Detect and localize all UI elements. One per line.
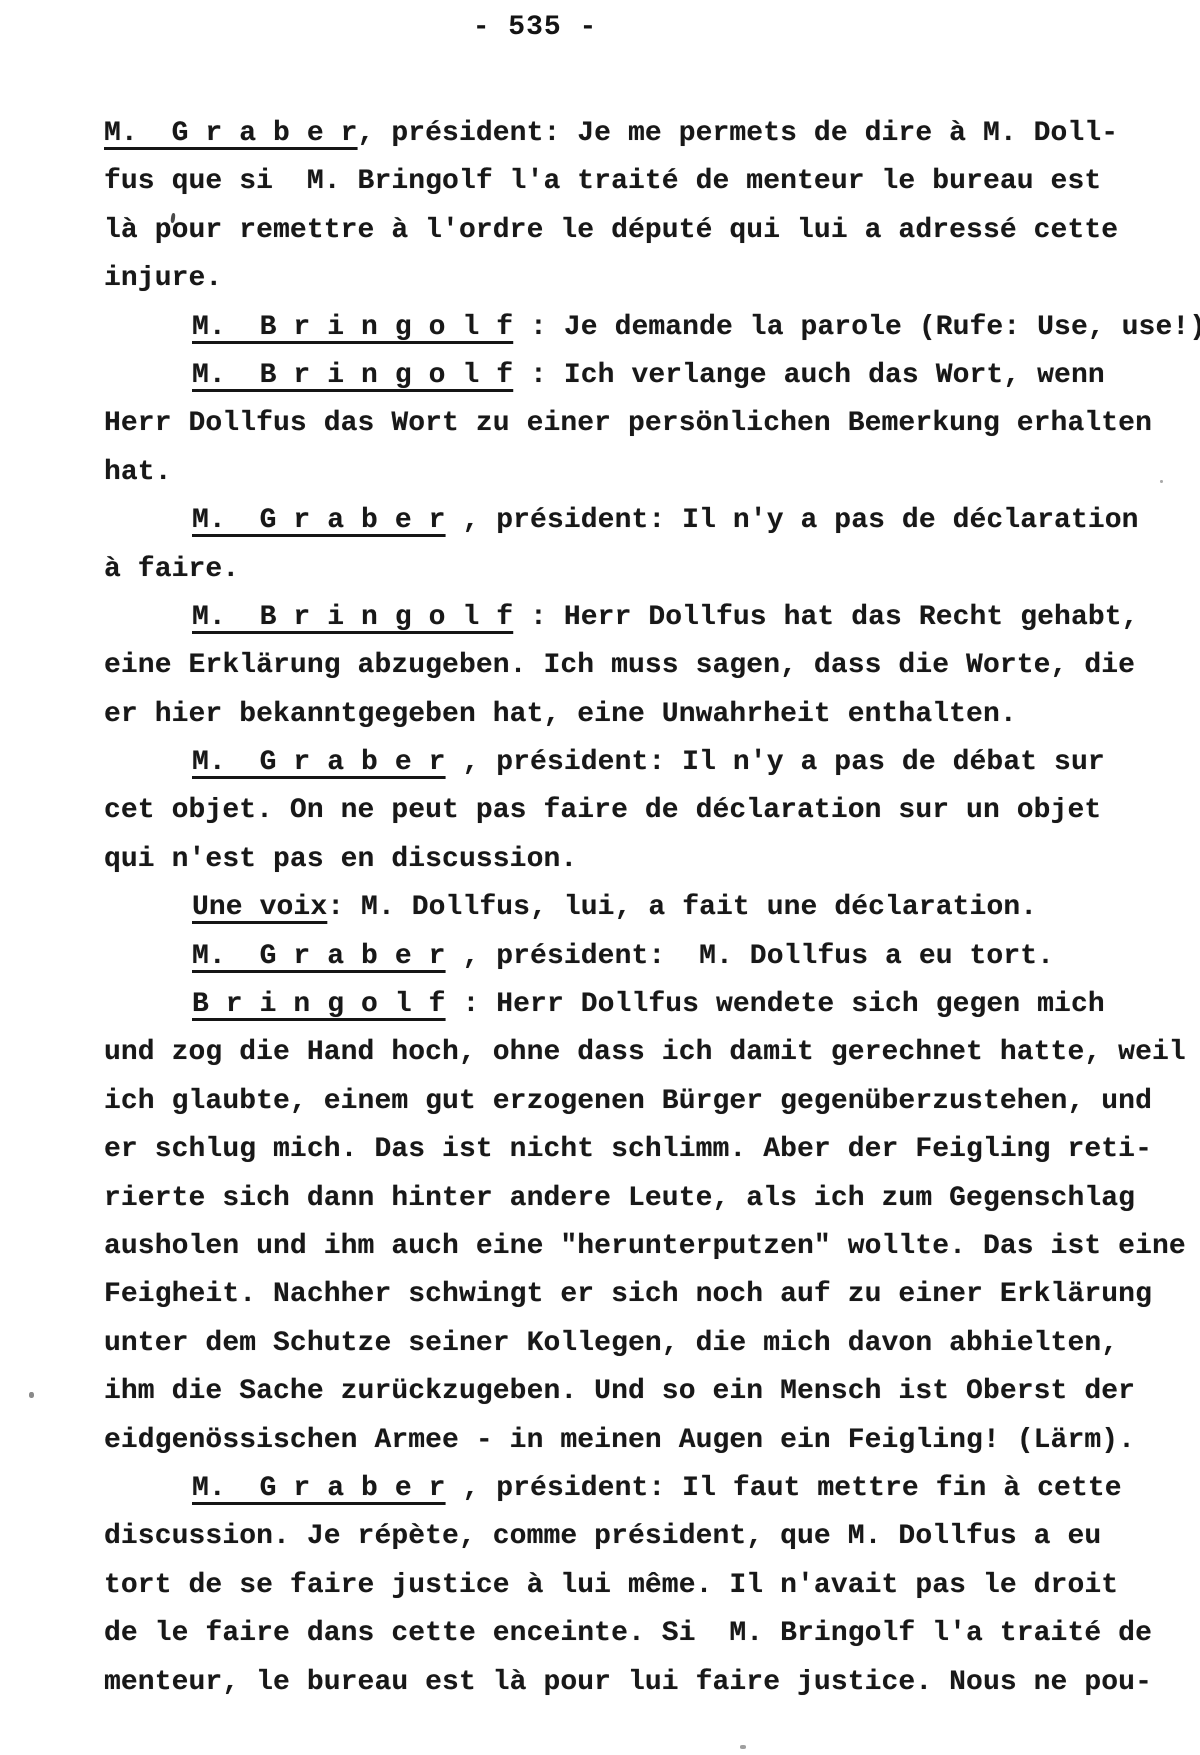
- speaker-name: M. B r i n g o l f: [192, 360, 513, 391]
- text-line: cet objet. On ne peut pas faire de décla…: [104, 787, 1200, 835]
- scan-artifact: [29, 1392, 34, 1398]
- speaker-name: M. G r a b e r: [192, 747, 446, 778]
- text-line: qui n'est pas en discussion.: [104, 836, 1200, 884]
- text-line: M. G r a b e r , président: Il faut mett…: [104, 1465, 1200, 1513]
- document-page: - 535 - M. G r a b e r, président: Je me…: [0, 0, 1200, 1755]
- speaker-name: M. B r i n g o l f: [192, 602, 513, 633]
- text-line: fus que si M. Bringolf l'a traité de men…: [104, 158, 1200, 206]
- text-line: eidgenössischen Armee - in meinen Augen …: [104, 1417, 1200, 1465]
- text-line: M. G r a b e r , président: Il n'y a pas…: [104, 497, 1200, 545]
- text-line: de le faire dans cette enceinte. Si M. B…: [104, 1610, 1200, 1658]
- speaker-name: B r i n g o l f: [192, 989, 446, 1020]
- text-line: ausholen und ihm auch eine "herunterputz…: [104, 1223, 1200, 1271]
- speaker-name: M. G r a b e r: [192, 1473, 446, 1504]
- text-line: discussion. Je répète, comme président, …: [104, 1513, 1200, 1561]
- scan-artifact: [740, 1745, 746, 1749]
- speaker-name: M. G r a b e r: [104, 118, 358, 149]
- scan-artifact: [1160, 480, 1163, 483]
- text-line: M. G r a b e r , président: M. Dollfus a…: [104, 933, 1200, 981]
- text-line: er hier bekanntgegeben hat, eine Unwahrh…: [104, 691, 1200, 739]
- speaker-name: M. G r a b e r: [192, 505, 446, 536]
- text-line: menteur, le bureau est là pour lui faire…: [104, 1659, 1200, 1707]
- speaker-name: M. B r i n g o l f: [192, 312, 513, 343]
- text-line: M. G r a b e r , président: Il n'y a pas…: [104, 739, 1200, 787]
- text-line: Herr Dollfus das Wort zu einer persönlic…: [104, 400, 1200, 448]
- speaker-name: Une voix: [192, 892, 327, 923]
- speaker-name: M. G r a b e r: [192, 941, 446, 972]
- document-body: M. G r a b e r, président: Je me permets…: [104, 110, 1200, 1707]
- text-line: Une voix: M. Dollfus, lui, a fait une dé…: [104, 884, 1200, 932]
- text-line: M. B r i n g o l f : Ich verlange auch d…: [104, 352, 1200, 400]
- text-line: unter dem Schutze seiner Kollegen, die m…: [104, 1320, 1200, 1368]
- text-line: hat.: [104, 449, 1200, 497]
- text-line: M. G r a b e r, président: Je me permets…: [104, 110, 1200, 158]
- text-line: Feigheit. Nachher schwingt er sich noch …: [104, 1271, 1200, 1319]
- text-line: tort de se faire justice à lui même. Il …: [104, 1562, 1200, 1610]
- text-line: eine Erklärung abzugeben. Ich muss sagen…: [104, 642, 1200, 690]
- text-line: M. B r i n g o l f : Herr Dollfus hat da…: [104, 594, 1200, 642]
- text-line: M. B r i n g o l f : Je demande la parol…: [104, 304, 1200, 352]
- text-line: er schlug mich. Das ist nicht schlimm. A…: [104, 1126, 1200, 1174]
- text-line: là pour remettre à l'ordre le député qui…: [104, 207, 1200, 255]
- text-line: à faire.: [104, 546, 1200, 594]
- text-line: ihm die Sache zurückzugeben. Und so ein …: [104, 1368, 1200, 1416]
- page-number: - 535 -: [0, 12, 1070, 43]
- text-line: ich glaubte, einem gut erzogenen Bürger …: [104, 1078, 1200, 1126]
- text-line: und zog die Hand hoch, ohne dass ich dam…: [104, 1029, 1200, 1077]
- text-line: rierte sich dann hinter andere Leute, al…: [104, 1175, 1200, 1223]
- text-line: injure.: [104, 255, 1200, 303]
- text-line: B r i n g o l f : Herr Dollfus wendete s…: [104, 981, 1200, 1029]
